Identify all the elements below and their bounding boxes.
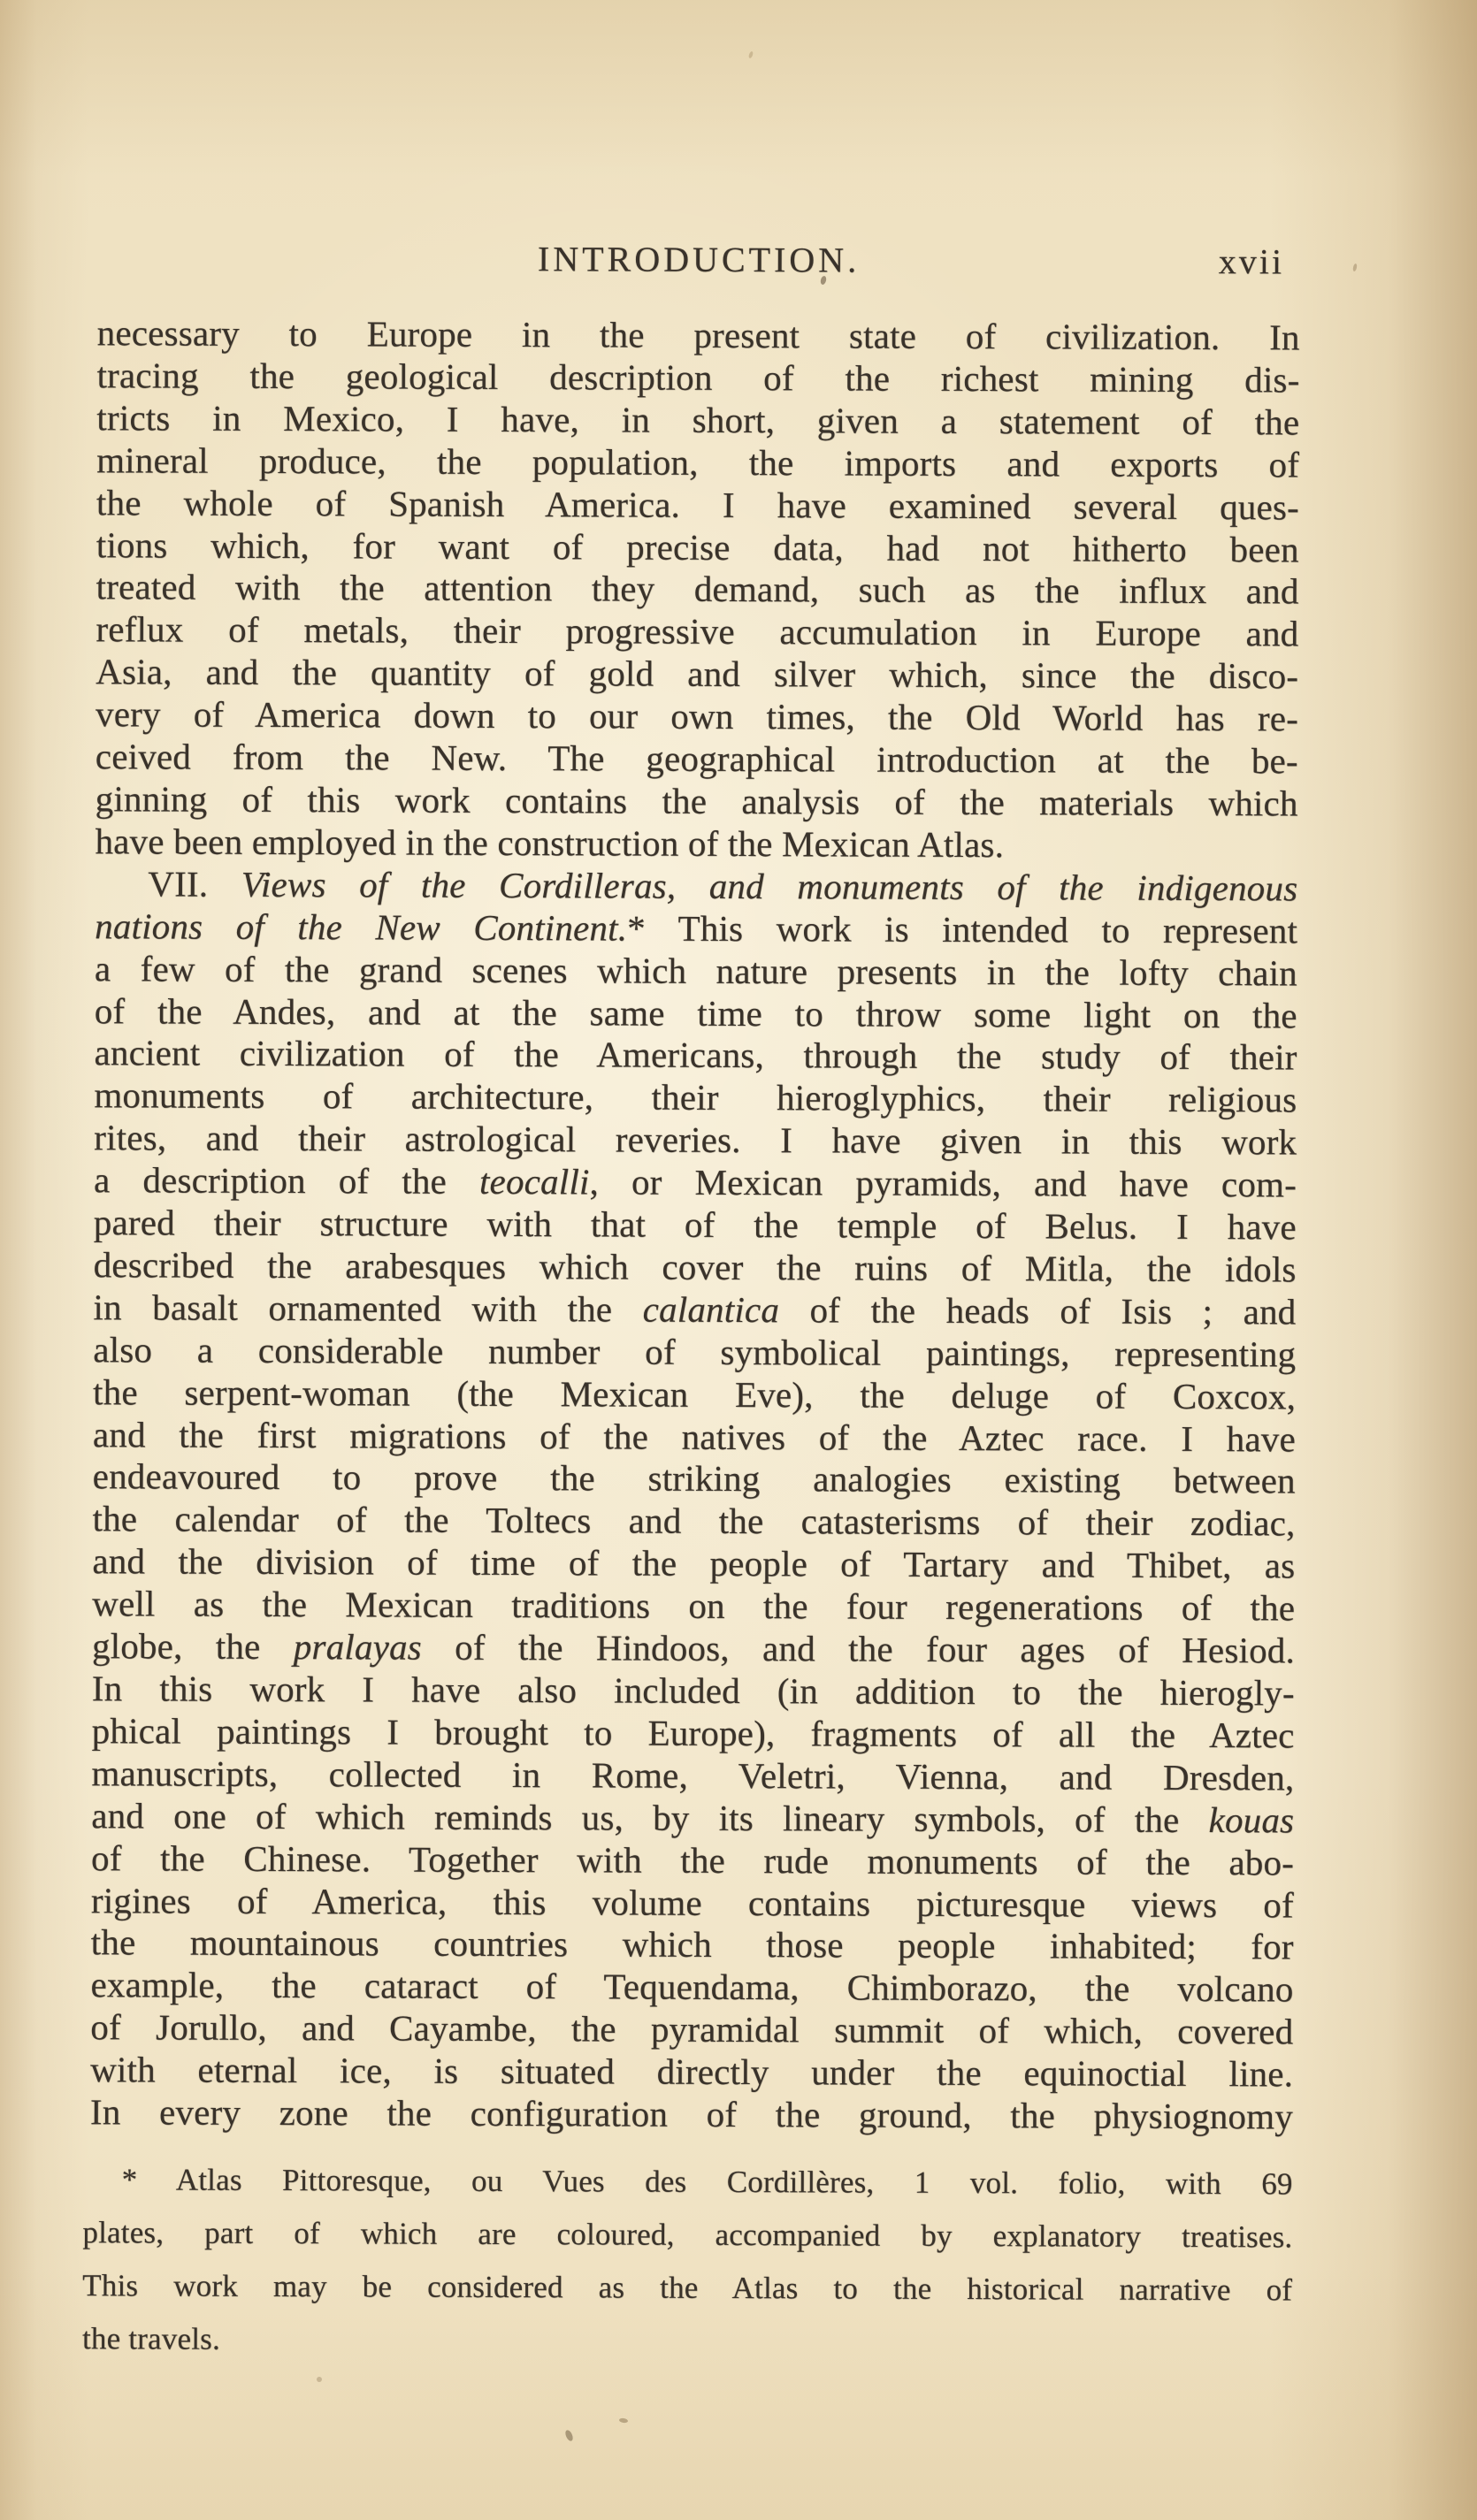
body-line: ceived from the New. The geographical in… <box>96 736 1298 783</box>
page-header: INTRODUCTION. xvii <box>97 236 1300 282</box>
italic-text-segment: pralayas <box>294 1626 422 1668</box>
body-line: treated with the attention they demand, … <box>96 567 1299 614</box>
text-segment: globe, the <box>92 1625 294 1667</box>
text-segment: also a considerable number of symbolical… <box>93 1329 1296 1374</box>
body-line: and the first migrations of the natives … <box>93 1414 1296 1461</box>
body-line: phical paintings I brought to Europe), f… <box>92 1710 1295 1757</box>
page-number: xvii <box>1219 241 1284 282</box>
text-block: INTRODUCTION. xvii necessary to Europe i… <box>0 0 1477 2520</box>
text-segment: manuscripts, collected in Rome, Veletri,… <box>91 1753 1294 1798</box>
text-segment: mineral produce, the population, the imp… <box>96 439 1299 485</box>
text-segment: the travels. <box>82 2321 220 2356</box>
body-line: monuments of architecture, their hierogl… <box>94 1075 1297 1122</box>
body-line: described the arabesques which cover the… <box>94 1244 1297 1291</box>
body-line: VII. Views of the Cordilleras, and monum… <box>95 863 1297 910</box>
running-title: INTRODUCTION. <box>538 238 860 280</box>
text-segment: Asia, and the quantity of gold and silve… <box>96 651 1298 696</box>
body-line: manuscripts, collected in Rome, Veletri,… <box>91 1753 1294 1799</box>
footnote-line: * Atlas Pittoresque, ou Vues des Cordill… <box>83 2153 1293 2211</box>
body-line: globe, the pralayas of the Hindoos, and … <box>92 1625 1295 1672</box>
text-segment: monuments of architecture, their hierogl… <box>94 1075 1297 1120</box>
text-segment: example, the cataract of Tequendama, Chi… <box>90 1965 1293 2010</box>
body-line: tracing the geological description of th… <box>96 355 1299 401</box>
italic-text-segment: kouas <box>1209 1799 1295 1840</box>
body-line: tions which, for want of precise data, h… <box>96 524 1299 571</box>
body-text: necessary to Europe in the present state… <box>90 312 1300 2138</box>
body-line: pared their structure with that of the t… <box>94 1202 1297 1249</box>
footnote-line: This work may be considered as the Atlas… <box>82 2259 1292 2317</box>
text-segment: the serpent-woman (the Mexican Eve), the… <box>93 1371 1296 1417</box>
body-line: of the Andes, and at the same time to th… <box>95 990 1297 1037</box>
text-segment: VII. <box>148 863 241 904</box>
text-segment: endeavoured to prove the striking analog… <box>93 1456 1296 1501</box>
body-line: mineral produce, the population, the imp… <box>96 439 1299 486</box>
text-segment: of Jorullo, and Cayambe, the pyramidal s… <box>90 2006 1293 2051</box>
text-segment: with eternal ice, is situated directly u… <box>90 2049 1293 2094</box>
text-segment: tricts in Mexico, I have, in short, give… <box>96 397 1299 442</box>
text-segment: in basalt ornamented with the <box>93 1287 642 1329</box>
text-segment: of the Chinese. Together with the rude m… <box>91 1837 1294 1882</box>
text-segment: * Atlas Pittoresque, ou Vues des Cordill… <box>122 2162 1293 2201</box>
text-segment: In every zone the configuration of the g… <box>90 2091 1293 2136</box>
body-line: have been employed in the construction o… <box>95 821 1297 867</box>
text-segment: ancient civilization of the Americans, t… <box>94 1033 1297 1078</box>
text-segment: the whole of Spanish America. I have exa… <box>96 482 1299 527</box>
italic-text-segment: Views of the Cordilleras, and monuments … <box>241 864 1298 909</box>
italic-text-segment: calantica <box>643 1288 780 1330</box>
body-line: endeavoured to prove the striking analog… <box>93 1456 1296 1503</box>
text-segment: plates, part of which are coloured, acco… <box>82 2215 1292 2254</box>
text-segment: rites, and their astrological reveries. … <box>94 1117 1297 1162</box>
text-segment: and the first migrations of the natives … <box>93 1414 1296 1459</box>
text-segment: and the division of time of the people o… <box>92 1540 1295 1585</box>
body-line: reflux of metals, their progressive accu… <box>96 609 1298 656</box>
italic-text-segment: nations of the New Continent. <box>95 905 627 948</box>
text-segment: the calendar of the Toltecs and the cata… <box>92 1499 1295 1544</box>
footnote-line: the travels. <box>82 2312 1292 2370</box>
text-segment: the mountainous countries which those pe… <box>91 1922 1294 1967</box>
text-segment: and one of which reminds us, by its line… <box>91 1795 1209 1840</box>
body-line: tricts in Mexico, I have, in short, give… <box>96 397 1299 444</box>
body-line: also a considerable number of symbolical… <box>93 1329 1296 1376</box>
text-segment: of the Andes, and at the same time to th… <box>95 990 1297 1035</box>
text-segment: treated with the attention they demand, … <box>96 567 1299 612</box>
text-segment: tions which, for want of precise data, h… <box>96 524 1299 569</box>
body-line: the whole of Spanish America. I have exa… <box>96 482 1299 529</box>
text-segment: a description of the <box>94 1159 479 1202</box>
body-line: rigines of America, this volume contains… <box>91 1880 1294 1927</box>
body-line: a description of the teocalli, or Mexica… <box>94 1159 1297 1206</box>
text-segment: reflux of metals, their progressive accu… <box>96 609 1298 654</box>
body-line: a few of the grand scenes which nature p… <box>95 948 1297 995</box>
scanned-book-page: INTRODUCTION. xvii necessary to Europe i… <box>0 0 1477 2520</box>
body-line: very of America down to our own times, t… <box>96 693 1298 740</box>
text-segment: of the Hindoos, and the four ages of Hes… <box>422 1627 1295 1671</box>
text-segment: pared their structure with that of the t… <box>94 1202 1297 1247</box>
text-segment: , or Mexican pyramids, and have com- <box>589 1161 1297 1204</box>
body-line: well as the Mexican traditions on the fo… <box>92 1583 1295 1630</box>
text-segment: In this work I have also included (in ad… <box>92 1668 1295 1713</box>
body-line: in basalt ornamented with the calantica … <box>93 1287 1296 1333</box>
body-line: nations of the New Continent.* This work… <box>95 905 1297 952</box>
text-segment: * This work is intended to represent <box>627 907 1297 951</box>
italic-text-segment: teocalli <box>479 1161 590 1202</box>
text-segment: have been employed in the construction o… <box>95 821 1004 865</box>
body-line: In every zone the configuration of the g… <box>90 2091 1293 2138</box>
body-line: with eternal ice, is situated directly u… <box>90 2049 1293 2096</box>
text-segment: ceived from the New. The geographical in… <box>96 736 1298 781</box>
text-segment: very of America down to our own times, t… <box>96 693 1298 738</box>
footnote: * Atlas Pittoresque, ou Vues des Cordill… <box>82 2153 1293 2370</box>
text-segment: rigines of America, this volume contains… <box>91 1880 1294 1925</box>
body-line: rites, and their astrological reveries. … <box>94 1117 1297 1164</box>
text-segment: tracing the geological description of th… <box>96 355 1299 400</box>
body-line: of the Chinese. Together with the rude m… <box>91 1837 1294 1884</box>
text-segment: This work may be considered as the Atlas… <box>82 2268 1292 2307</box>
body-line: and one of which reminds us, by its line… <box>91 1795 1294 1842</box>
text-segment: well as the Mexican traditions on the fo… <box>92 1583 1295 1628</box>
body-line: example, the cataract of Tequendama, Chi… <box>90 1965 1293 2012</box>
body-line: necessary to Europe in the present state… <box>97 312 1300 359</box>
body-line: Asia, and the quantity of gold and silve… <box>96 651 1298 698</box>
footnote-line: plates, part of which are coloured, acco… <box>82 2206 1292 2264</box>
body-line: of Jorullo, and Cayambe, the pyramidal s… <box>90 2006 1293 2053</box>
body-line: the calendar of the Toltecs and the cata… <box>92 1499 1295 1546</box>
text-segment: of the heads of Isis ; and <box>779 1289 1297 1332</box>
body-line: ginning of this work contains the analys… <box>96 778 1298 825</box>
body-line: ancient civilization of the Americans, t… <box>94 1033 1297 1080</box>
body-line: and the division of time of the people o… <box>92 1540 1295 1587</box>
text-segment: phical paintings I brought to Europe), f… <box>92 1710 1295 1755</box>
text-segment: necessary to Europe in the present state… <box>97 312 1300 357</box>
text-segment: described the arabesques which cover the… <box>94 1244 1297 1289</box>
text-segment: a few of the grand scenes which nature p… <box>95 948 1297 993</box>
body-line: In this work I have also included (in ad… <box>92 1668 1295 1714</box>
body-line: the serpent-woman (the Mexican Eve), the… <box>93 1371 1296 1418</box>
text-segment: ginning of this work contains the analys… <box>96 778 1298 823</box>
body-line: the mountainous countries which those pe… <box>91 1922 1294 1969</box>
